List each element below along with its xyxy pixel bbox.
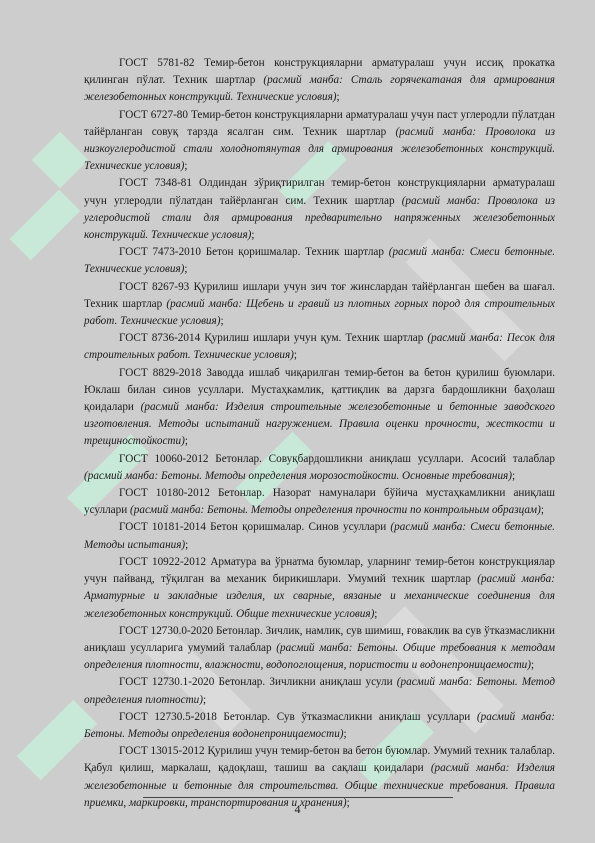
standard-code: ГОСТ 8829-2018 bbox=[119, 367, 201, 379]
entry-terminator: ; bbox=[531, 659, 534, 671]
standard-title: Бетонлар. Сув ўтказмасликни аниқлаш усул… bbox=[217, 711, 477, 723]
entry-terminator: ; bbox=[374, 608, 377, 620]
standard-code: ГОСТ 8267-93 bbox=[119, 281, 189, 293]
standard-entry: ГОСТ 8829-2018 Заводда ишлаб чиқарилган … bbox=[84, 365, 555, 451]
entry-terminator: ; bbox=[184, 160, 187, 172]
standard-code: ГОСТ 10922-2012 bbox=[119, 556, 206, 568]
entry-terminator: ; bbox=[337, 91, 340, 103]
official-source: (расмий манба: Бетоны. Методы определени… bbox=[130, 504, 541, 516]
standard-code: ГОСТ 12730.0-2020 bbox=[119, 625, 213, 637]
standard-code: ГОСТ 12730.5-2018 bbox=[119, 711, 217, 723]
footer-divider bbox=[143, 797, 453, 798]
entry-terminator: ; bbox=[220, 315, 223, 327]
entry-terminator: ; bbox=[203, 694, 206, 706]
standard-entry: ГОСТ 7473-2010 Бетон қоришмалар. Техник … bbox=[84, 244, 555, 278]
entry-terminator: ; bbox=[185, 539, 188, 551]
standard-code: ГОСТ 10181-2014 bbox=[119, 521, 206, 533]
standard-code: ГОСТ 6727-80 bbox=[119, 109, 188, 121]
standard-entry: ГОСТ 10181-2014 Бетон қоришмалар. Синов … bbox=[84, 519, 555, 553]
standard-title: Қурилиш ишлари учун қум. Техник шартлар bbox=[200, 332, 427, 344]
standard-entry: ГОСТ 12730.1-2020 Бетонлар. Зичликни ани… bbox=[84, 674, 555, 708]
entry-terminator: ; bbox=[185, 435, 188, 447]
page-number: 4 bbox=[0, 802, 595, 817]
standard-code: ГОСТ 12730.1-2020 bbox=[119, 676, 214, 688]
standard-entry: ГОСТ 8736-2014 Қурилиш ишлари учун қум. … bbox=[84, 330, 555, 364]
watermark-shape bbox=[32, 132, 89, 189]
standard-title: Бетонлар. Совуқбардошликни аниқлаш усулл… bbox=[209, 453, 555, 465]
standard-code: ГОСТ 5781-82 bbox=[119, 57, 195, 69]
standard-code: ГОСТ 10180-2012 bbox=[119, 487, 210, 499]
entry-terminator: ; bbox=[184, 263, 187, 275]
standard-entry: ГОСТ 6727-80 Темир-бетон конструкцияларн… bbox=[84, 107, 555, 176]
standard-entry: ГОСТ 10922-2012 Арматура ва ўрнатма буюм… bbox=[84, 554, 555, 623]
standard-code: ГОСТ 13015-2012 bbox=[119, 745, 205, 757]
watermark-shape bbox=[10, 190, 81, 261]
standard-title: Бетон қоришмалар. Синов усуллари bbox=[206, 521, 390, 533]
standard-entry: ГОСТ 10060-2012 Бетонлар. Совуқбардошлик… bbox=[84, 451, 555, 485]
official-source: (расмий манба: Бетоны. Методы определени… bbox=[84, 470, 512, 482]
standard-code: ГОСТ 8736-2014 bbox=[119, 332, 200, 344]
entry-terminator: ; bbox=[251, 229, 254, 241]
entry-terminator: ; bbox=[541, 504, 544, 516]
standard-code: ГОСТ 10060-2012 bbox=[119, 453, 209, 465]
entry-terminator: ; bbox=[512, 470, 515, 482]
standard-code: ГОСТ 7473-2010 bbox=[119, 246, 201, 258]
document-body: ГОСТ 5781-82 Темир-бетон конструкцияларн… bbox=[84, 55, 555, 812]
standard-code: ГОСТ 7348-81 bbox=[119, 177, 192, 189]
official-source: (расмий манба: Изделия строительные желе… bbox=[84, 401, 555, 447]
standard-title: Бетонлар. Зичликни аниқлаш усули bbox=[214, 676, 396, 688]
standard-entry: ГОСТ 12730.0-2020 Бетонлар. Зичлик, намл… bbox=[84, 623, 555, 675]
standard-entry: ГОСТ 10180-2012 Бетонлар. Назорат намуна… bbox=[84, 485, 555, 519]
standard-entry: ГОСТ 12730.5-2018 Бетонлар. Сув ўтказмас… bbox=[84, 709, 555, 743]
standard-entry: ГОСТ 7348-81 Олдиндан зўриқтирилган теми… bbox=[84, 175, 555, 244]
standard-title: Бетон қоришмалар. Техник шартлар bbox=[201, 246, 389, 258]
standard-entry: ГОСТ 5781-82 Темир-бетон конструкцияларн… bbox=[84, 55, 555, 107]
standard-entry: ГОСТ 8267-93 Қурилиш ишлари учун зич тоғ… bbox=[84, 279, 555, 331]
entry-terminator: ; bbox=[344, 728, 347, 740]
entry-terminator: ; bbox=[294, 349, 297, 361]
